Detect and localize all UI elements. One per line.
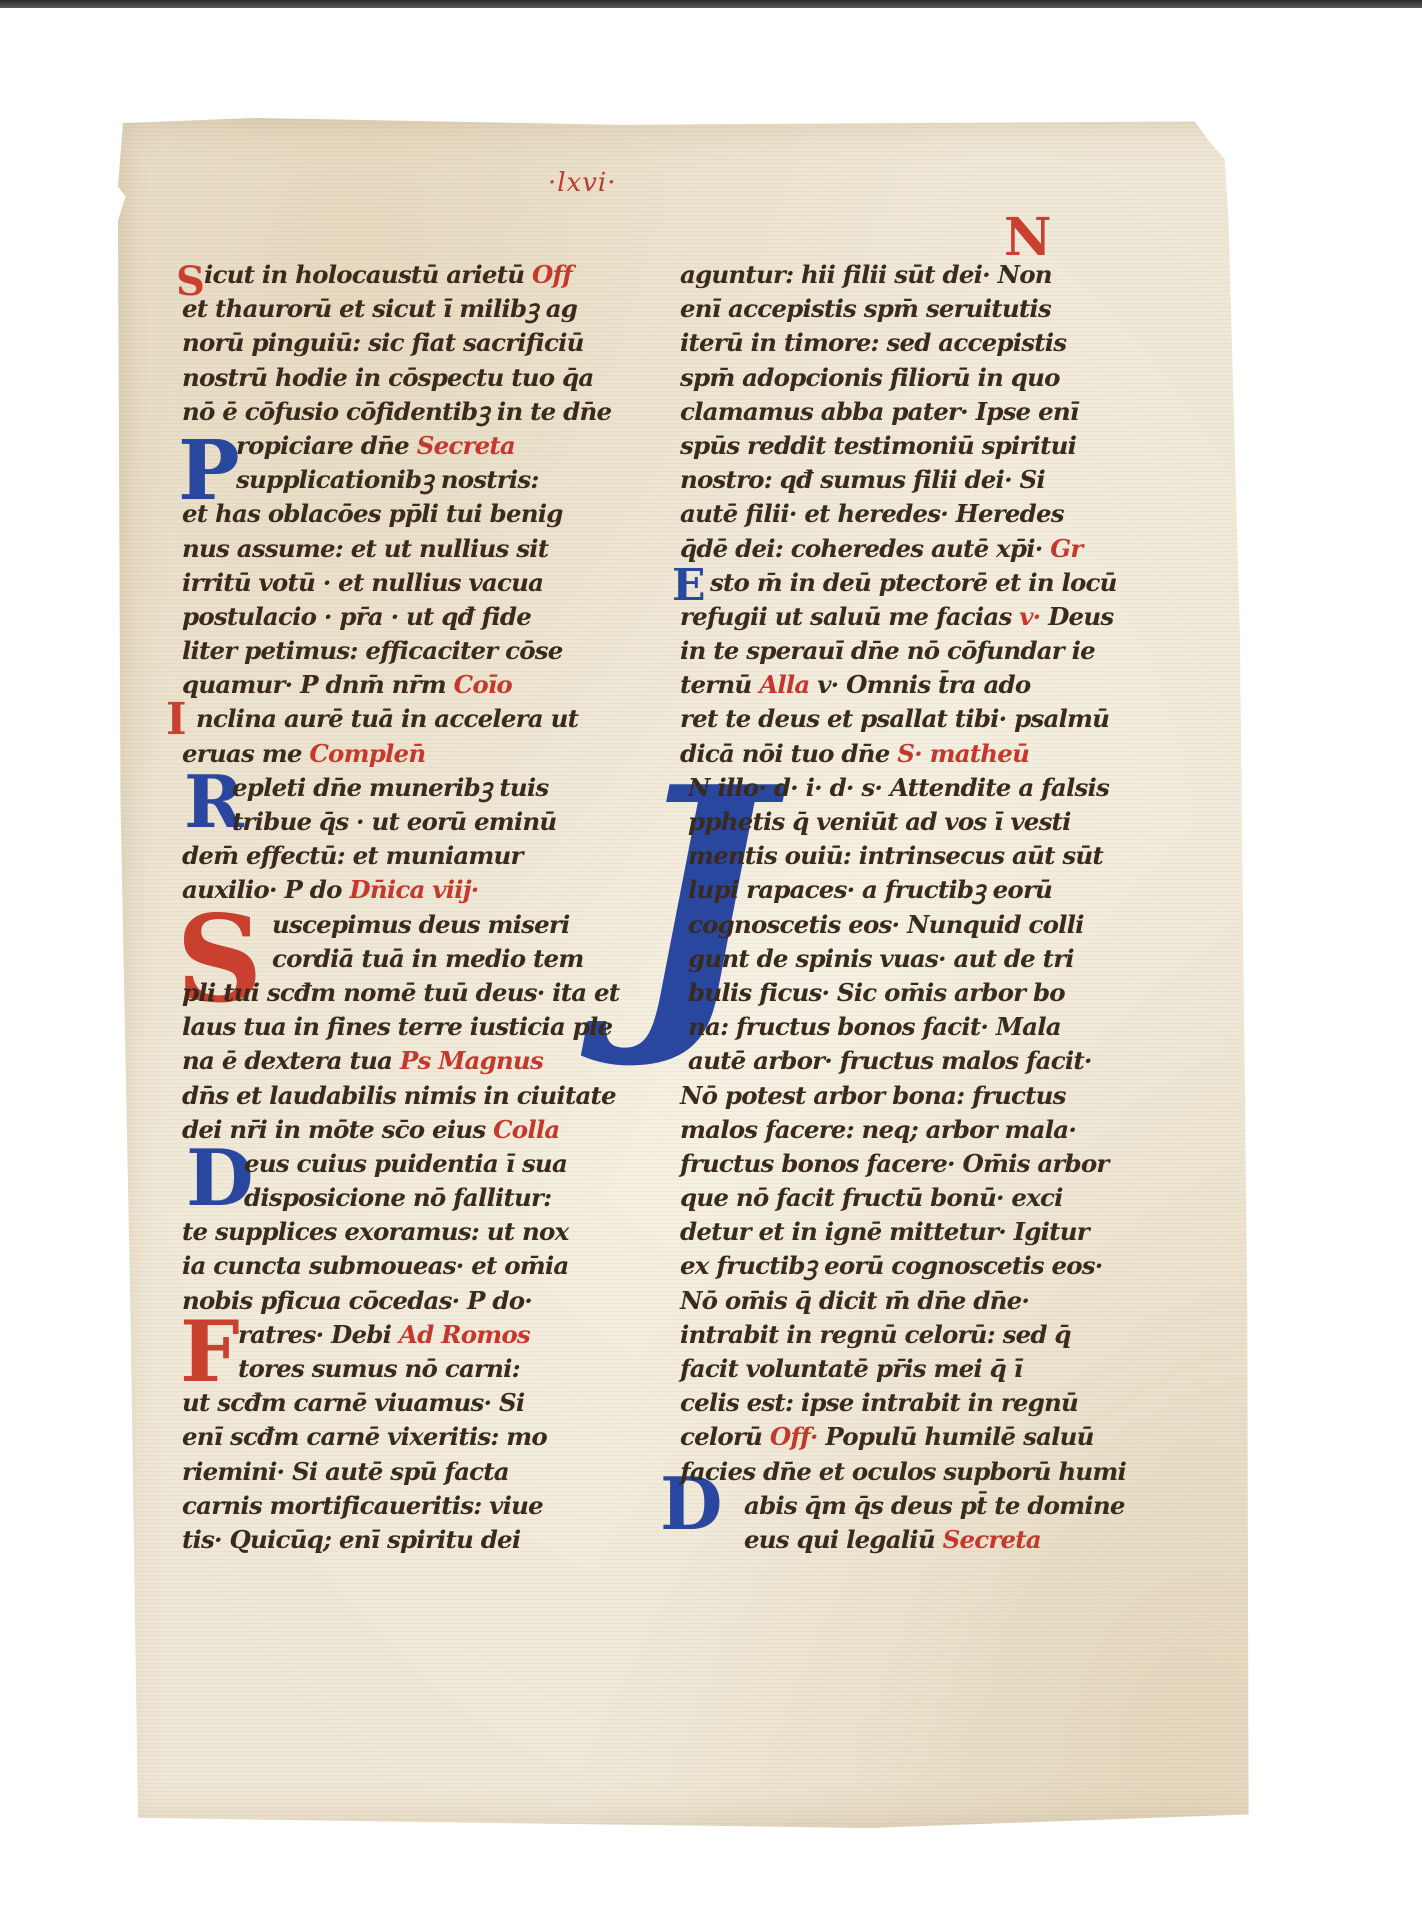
text-line: ratres· Debi Ad Romos [182,1318,602,1352]
text-line: ropiciare dn̄e Secreta [182,429,602,463]
text-line: et thaurorū et sicut ī milibꝫ ag [182,292,602,326]
text-line: aguntur: hii filii sūt dei· Non [680,258,1110,292]
text-line: irritū votū · et nullius vacua [182,566,602,600]
text-line: gunt de spinis vuas· aut de tri [680,942,1110,976]
text-line: mentis ouiū: intrinsecus aūt sūt [680,839,1110,873]
text-line: pphetis q̄ veniūt ad vos ī vesti [680,805,1110,839]
text-line: carnis mortificaueritis: viue [182,1489,602,1523]
left-column: icut in holocaustū arietū Off et thauror… [182,258,602,1557]
text-line: cordiā tuā in medio tem [182,942,602,976]
text-line: cognoscetis eos· Nunquid colli [680,908,1110,942]
text-line: te supplices exoramus: ut nox [182,1215,602,1249]
text-line: malos facere: neq; arbor mala· [680,1113,1110,1147]
text-line: dicā nōi tuo dn̄e S· matheū [680,737,1110,771]
text-line: supplicationibꝫ nostris: [182,463,602,497]
text-line: bulis ficus· Sic om̄is arbor bo [680,976,1110,1010]
text-line: auxilio· P do Dn̄ica viij· [182,873,602,907]
text-line: enī scđm carnē vixeritis: mo [182,1420,602,1454]
text-line: epleti dn̄e muneribꝫ tuis [182,771,602,805]
text-line: N illo· d· i· d· s· Attendite a falsis [680,771,1110,805]
text-line: fructus bonos facere· Om̄is arbor [680,1147,1110,1181]
text-line: celorū Off· Populū humilē saluū [680,1420,1110,1454]
text-line: laus tua in fines terre iusticia ple [182,1010,602,1044]
text-line: clamamus abba pater· Ipse enī [680,395,1110,429]
text-line: ex fructibꝫ eorū cognoscetis eos· [680,1249,1110,1283]
text-line: que nō facit fructū bonū· exci [680,1181,1110,1215]
text-line: postulacio · pr̄a · ut qđ fide [182,600,602,634]
text-line: nclina aurē tuā in accelera ut [182,702,602,736]
text-line: norū pinguiū: sic fiat sacrificiū [182,326,602,360]
text-line: nō ē cōfusio cōfidentibꝫ in te dn̄e [182,395,602,429]
text-line: tis· Quicūq; enī spiritu dei [182,1523,602,1557]
folio-number: ·lxvi· [548,168,617,198]
text-line: nostro: qđ sumus filii dei· Si [680,463,1110,497]
text-line: celis est: ipse intrabit in regnū [680,1386,1110,1420]
text-line: ia cuncta submoueas· et om̄ia [182,1249,602,1283]
text-line: enī accepistis spm̄ seruitutis [680,292,1110,326]
right-column: aguntur: hii filii sūt dei· Non enī acce… [680,258,1110,1557]
text-line: detur et in ignē mittetur· Igitur [680,1215,1110,1249]
text-line: in te sperauī dn̄e nō cōfundar ie [680,634,1110,668]
text-line: spm̄ adopcionis filiorū in quo [680,361,1110,395]
text-line: facit voluntatē pr̄is mei q̄ ī [680,1352,1110,1386]
text-line: autē arbor· fructus malos facit· [680,1044,1110,1078]
text-line: Nō om̄is q̄ dicit m̄ dn̄e dn̄e· [680,1284,1110,1318]
text-line: dei nr̄i in mōte sc̄o eius Colla [182,1113,602,1147]
text-line: tores sumus nō carni: [182,1352,602,1386]
text-line: tribue q̄s · ut eorū eminū [182,805,602,839]
text-line: uscepimus deus miseri [182,908,602,942]
text-line: autē filii· et heredes· Heredes [680,497,1110,531]
text-line: riemini· Si autē spū facta [182,1455,602,1489]
text-line: facies dn̄e et oculos supborū humi [680,1455,1110,1489]
text-line: na ē dextera tua Ps Magnus [182,1044,602,1078]
text-line: dn̄s et laudabilis nimis in ciuitate [182,1079,602,1113]
text-line: dem̄ effectū: et muniamur [182,839,602,873]
text-line: quamur· P dnm̄ nr̄m Coīo [182,668,602,702]
text-line: nobis pficua cōcedas· P do· [182,1284,602,1318]
text-line: refugii ut saluū me facias v· Deus [680,600,1110,634]
text-line: lupi rapaces· a fructibꝫ eorū [680,873,1110,907]
text-line: nus assume: et ut nullius sit [182,532,602,566]
text-line: eus qui legaliū Secreta [680,1523,1110,1557]
text-line: intrabit in regnū celorū: sed q̄ [680,1318,1110,1352]
text-line: icut in holocaustū arietū Off [182,258,602,292]
text-line: abis q̄m q̄s deus pt̄ te domine [680,1489,1110,1523]
scan-top-edge [0,0,1422,8]
text-line: na: fructus bonos facit· Mala [680,1010,1110,1044]
text-line: disposicione nō fallitur: [182,1181,602,1215]
text-line: q̄dē dei: coheredes autē xp̄i· Gr [680,532,1110,566]
text-line: ret te deus et psallat tibi· psalmū [680,702,1110,736]
text-line: Nō potest arbor bona: fructus [680,1079,1110,1113]
text-line: ternū Alla v· Omnis t̄ra ado [680,668,1110,702]
text-line: sto m̄ in deū ptectorē et in locū [680,566,1110,600]
text-line: pli tui scđm nomē tuū deus· ita et [182,976,602,1010]
initial-n-non: N [1004,212,1052,264]
text-line: nostrū hodie in cōspectu tuo q̄a [182,361,602,395]
text-line: et has oblacōes pp̄li tui benig [182,497,602,531]
text-line: liter petimus: efficaciter cōse [182,634,602,668]
text-line: ut scđm carnē viuamus· Si [182,1386,602,1420]
text-line: spūs reddit testimoniū spiritui [680,429,1110,463]
text-line: eus cuius puidentia ī sua [182,1147,602,1181]
text-line: eruas me Complen̄ [182,737,602,771]
text-line: iterū in timore: sed accepistis [680,326,1110,360]
